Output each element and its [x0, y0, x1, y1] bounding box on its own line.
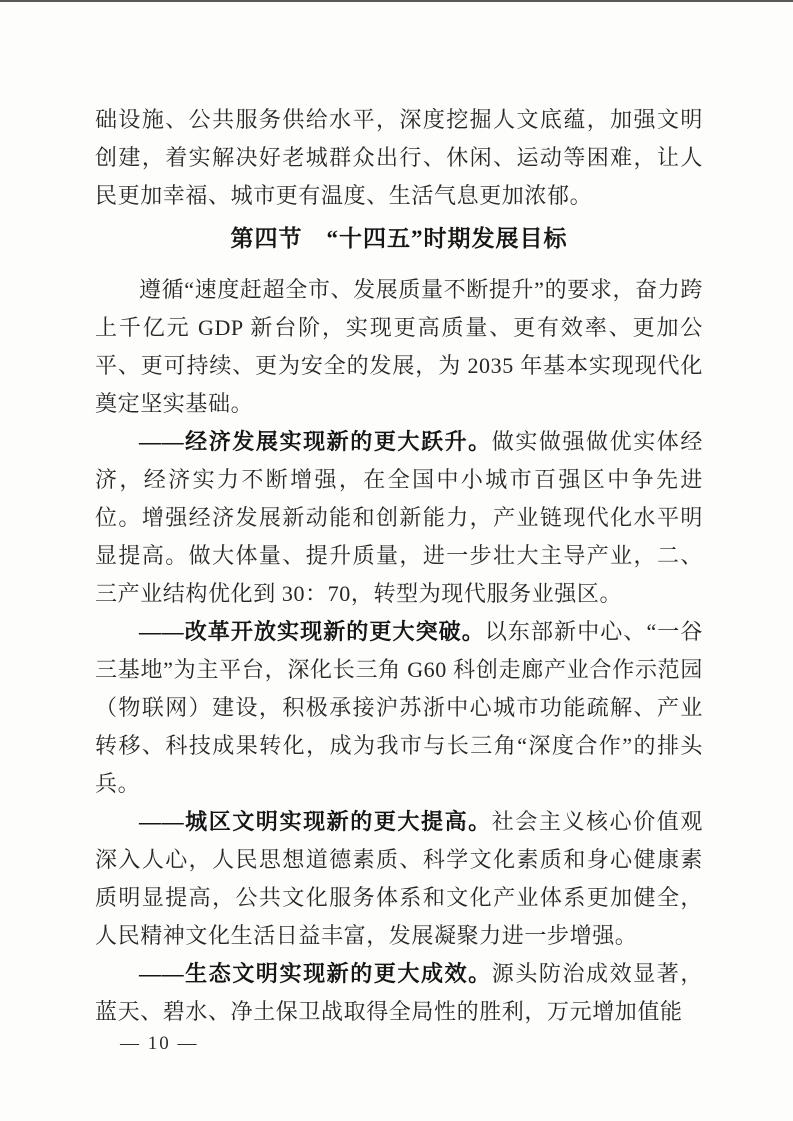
paragraph-lead: ——城区文明实现新的更大提高。	[139, 809, 492, 834]
paragraph-text: 以东部新中心、“一谷三基地”为主平台，深化长三角 G60 科创走廊产业合作示范园…	[95, 619, 703, 796]
document-page: 础设施、公共服务供给水平，深度挖掘人文底蕴，加强文明创建，着实解决好老城群众出行…	[0, 0, 793, 1121]
paragraph-overview-requirements: 遵循“速度赶超全市、发展质量不断提升”的要求，奋力跨上千亿元 GDP 新台阶，实…	[95, 271, 703, 423]
paragraph-lead: ——经济发展实现新的更大跃升。	[139, 429, 492, 454]
section-heading: 第四节 “十四五”时期发展目标	[95, 219, 703, 259]
paragraph-lead: ——改革开放实现新的更大突破。	[139, 619, 485, 644]
paragraph-goal-reform-opening: ——改革开放实现新的更大突破。以东部新中心、“一谷三基地”为主平台，深化长三角 …	[95, 613, 703, 803]
paragraph-goal-economy: ——经济发展实现新的更大跃升。做实做强做优实体经济，经济实力不断增强，在全国中小…	[95, 423, 703, 613]
paragraph-text: 遵循“速度赶超全市、发展质量不断提升”的要求，奋力跨上千亿元 GDP 新台阶，实…	[95, 277, 703, 416]
paragraph-goal-urban-civilization: ——城区文明实现新的更大提高。社会主义核心价值观深入人心，人民思想道德素质、科学…	[95, 803, 703, 955]
page-content: 础设施、公共服务供给水平，深度挖掘人文底蕴，加强文明创建，着实解决好老城群众出行…	[95, 101, 703, 1031]
paragraph-continuation-livability: 础设施、公共服务供给水平，深度挖掘人文底蕴，加强文明创建，着实解决好老城群众出行…	[95, 101, 703, 215]
page-number: — 10 —	[120, 1033, 199, 1055]
paragraph-text: 础设施、公共服务供给水平，深度挖掘人文底蕴，加强文明创建，着实解决好老城群众出行…	[95, 107, 703, 208]
paragraph-goal-ecological-civilization: ——生态文明实现新的更大成效。源头防治成效显著，蓝天、碧水、净土保卫战取得全局性…	[95, 955, 703, 1031]
paragraph-text: 做实做强做优实体经济，经济实力不断增强，在全国中小城市百强区中争先进位。增强经济…	[95, 429, 703, 606]
scan-edge-line	[0, 0, 793, 2]
paragraph-lead: ——生态文明实现新的更大成效。	[139, 961, 492, 986]
